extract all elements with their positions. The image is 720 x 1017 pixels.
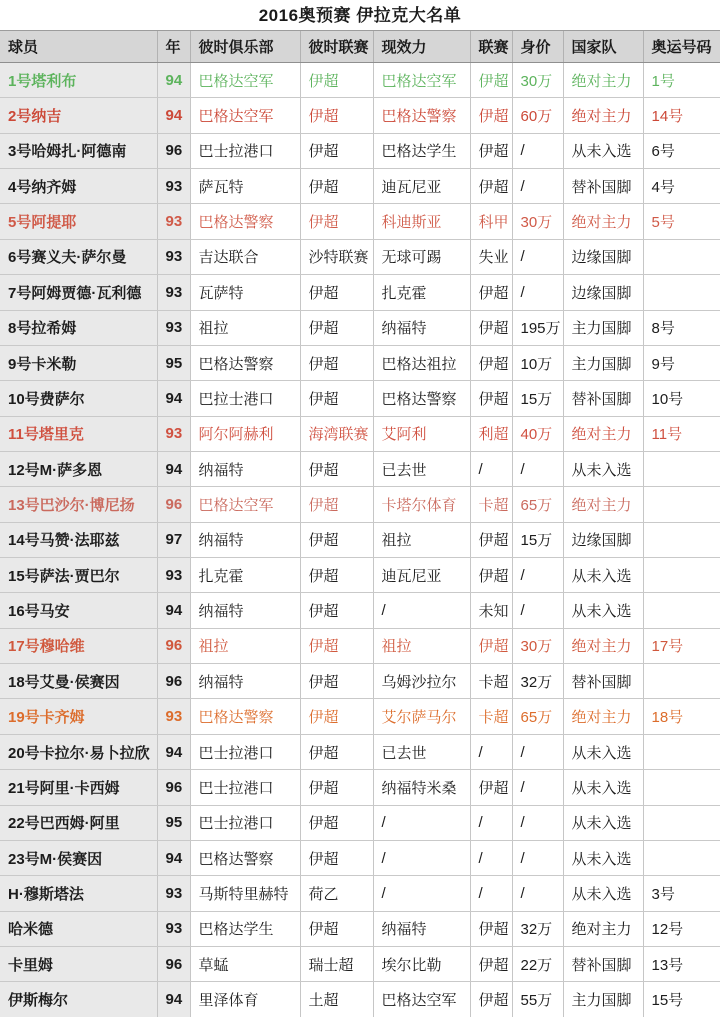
cell-value: 195万: [512, 310, 563, 345]
cell-then_league: 伊超: [300, 628, 373, 663]
cell-olympic_no: [643, 805, 720, 840]
cell-league: 伊超: [470, 946, 512, 981]
cell-value: /: [512, 451, 563, 486]
cell-player: 23号M·侯赛因: [0, 840, 157, 875]
cell-value: /: [512, 593, 563, 628]
cell-year: 96: [157, 133, 190, 168]
cell-then_club: 祖拉: [190, 628, 300, 663]
cell-player: 9号卡米勒: [0, 345, 157, 380]
cell-league: 伊超: [470, 169, 512, 204]
table-row: 14号马赞·法耶兹97纳福特伊超祖拉伊超15万边缘国脚: [0, 522, 720, 557]
cell-league: /: [470, 451, 512, 486]
cell-then_league: 伊超: [300, 805, 373, 840]
cell-value: /: [512, 169, 563, 204]
cell-national_team: 替补国脚: [563, 169, 643, 204]
cell-player: 20号卡拉尔·易卜拉欣: [0, 734, 157, 769]
cell-olympic_no: [643, 451, 720, 486]
cell-current_club: 迪瓦尼亚: [373, 558, 470, 593]
table-row: 3号哈姆扎·阿德南96巴士拉港口伊超巴格达学生伊超/从未入选6号: [0, 133, 720, 168]
cell-olympic_no: [643, 734, 720, 769]
cell-year: 95: [157, 805, 190, 840]
cell-olympic_no: 3号: [643, 876, 720, 911]
cell-year: 93: [157, 416, 190, 451]
cell-league: 失业: [470, 239, 512, 274]
column-header-current_club: 现效力: [373, 31, 470, 63]
column-header-value: 身价: [512, 31, 563, 63]
cell-player: 4号纳齐姆: [0, 169, 157, 204]
cell-player: 15号萨法·贾巴尔: [0, 558, 157, 593]
table-row: 8号拉希姆93祖拉伊超纳福特伊超195万主力国脚8号: [0, 310, 720, 345]
column-header-player: 球员: [0, 31, 157, 63]
cell-year: 94: [157, 593, 190, 628]
cell-then_league: 土超: [300, 982, 373, 1017]
cell-olympic_no: 8号: [643, 310, 720, 345]
cell-national_team: 边缘国脚: [563, 275, 643, 310]
cell-then_league: 伊超: [300, 169, 373, 204]
cell-then_league: 伊超: [300, 664, 373, 699]
cell-current_club: 迪瓦尼亚: [373, 169, 470, 204]
cell-national_team: 绝对主力: [563, 487, 643, 522]
cell-league: 伊超: [470, 381, 512, 416]
cell-year: 94: [157, 840, 190, 875]
cell-year: 94: [157, 381, 190, 416]
table-row: 16号马安94纳福特伊超/未知/从未入选: [0, 593, 720, 628]
cell-year: 95: [157, 345, 190, 380]
cell-then_league: 伊超: [300, 734, 373, 769]
cell-year: 93: [157, 558, 190, 593]
cell-national_team: 主力国脚: [563, 345, 643, 380]
cell-national_team: 边缘国脚: [563, 239, 643, 274]
table-row: 5号阿提耶93巴格达警察伊超科迪斯亚科甲30万绝对主力5号: [0, 204, 720, 239]
cell-current_club: 纳福特米桑: [373, 770, 470, 805]
cell-player: 18号艾曼·侯赛因: [0, 664, 157, 699]
cell-player: 8号拉希姆: [0, 310, 157, 345]
cell-league: 伊超: [470, 63, 512, 98]
cell-league: 伊超: [470, 310, 512, 345]
table-header: 球员年彼时俱乐部彼时联赛现效力联赛身价国家队奥运号码: [0, 31, 720, 63]
cell-olympic_no: 18号: [643, 699, 720, 734]
cell-then_club: 纳福特: [190, 664, 300, 699]
column-header-league: 联赛: [470, 31, 512, 63]
cell-olympic_no: [643, 239, 720, 274]
cell-value: 30万: [512, 628, 563, 663]
table-row: 12号M·萨多恩94纳福特伊超已去世//从未入选: [0, 451, 720, 486]
cell-league: 伊超: [470, 982, 512, 1017]
cell-national_team: 绝对主力: [563, 204, 643, 239]
column-header-then_club: 彼时俱乐部: [190, 31, 300, 63]
header-row: 球员年彼时俱乐部彼时联赛现效力联赛身价国家队奥运号码: [0, 31, 720, 63]
cell-player: 1号塔利布: [0, 63, 157, 98]
cell-olympic_no: 1号: [643, 63, 720, 98]
cell-national_team: 绝对主力: [563, 416, 643, 451]
cell-then_club: 巴士拉港口: [190, 805, 300, 840]
cell-year: 97: [157, 522, 190, 557]
table-row: 13号巴沙尔·博尼扬96巴格达空军伊超卡塔尔体育卡超65万绝对主力: [0, 487, 720, 522]
cell-national_team: 绝对主力: [563, 699, 643, 734]
cell-league: 利超: [470, 416, 512, 451]
cell-value: 60万: [512, 98, 563, 133]
cell-current_club: 扎克霍: [373, 275, 470, 310]
table-row: 1号塔利布94巴格达空军伊超巴格达空军伊超30万绝对主力1号: [0, 63, 720, 98]
table-row: 20号卡拉尔·易卜拉欣94巴士拉港口伊超已去世//从未入选: [0, 734, 720, 769]
cell-player: 3号哈姆扎·阿德南: [0, 133, 157, 168]
cell-then_club: 纳福特: [190, 593, 300, 628]
cell-value: 32万: [512, 911, 563, 946]
cell-current_club: 已去世: [373, 734, 470, 769]
cell-value: 22万: [512, 946, 563, 981]
cell-then_club: 阿尔阿赫利: [190, 416, 300, 451]
cell-then_league: 伊超: [300, 699, 373, 734]
cell-player: 11号塔里克: [0, 416, 157, 451]
cell-year: 93: [157, 204, 190, 239]
cell-then_league: 伊超: [300, 522, 373, 557]
cell-value: /: [512, 734, 563, 769]
table-row: 21号阿里·卡西姆96巴士拉港口伊超纳福特米桑伊超/从未入选: [0, 770, 720, 805]
cell-then_club: 巴士拉港口: [190, 734, 300, 769]
cell-current_club: 祖拉: [373, 522, 470, 557]
cell-then_club: 扎克霍: [190, 558, 300, 593]
cell-then_club: 草蜢: [190, 946, 300, 981]
cell-value: 30万: [512, 204, 563, 239]
cell-value: /: [512, 239, 563, 274]
cell-then_league: 伊超: [300, 451, 373, 486]
cell-then_league: 伊超: [300, 381, 373, 416]
cell-current_club: /: [373, 805, 470, 840]
cell-then_league: 海湾联赛: [300, 416, 373, 451]
cell-national_team: 从未入选: [563, 770, 643, 805]
cell-then_club: 马斯特里赫特: [190, 876, 300, 911]
cell-national_team: 绝对主力: [563, 63, 643, 98]
cell-value: /: [512, 840, 563, 875]
page-title: 2016奥预赛 伊拉克大名单: [0, 0, 720, 30]
cell-then_league: 伊超: [300, 275, 373, 310]
cell-national_team: 主力国脚: [563, 982, 643, 1017]
cell-then_club: 巴拉士港口: [190, 381, 300, 416]
cell-current_club: /: [373, 840, 470, 875]
table-row: 17号穆哈维96祖拉伊超祖拉伊超30万绝对主力17号: [0, 628, 720, 663]
cell-value: 15万: [512, 381, 563, 416]
cell-league: /: [470, 840, 512, 875]
cell-national_team: 替补国脚: [563, 381, 643, 416]
cell-league: 伊超: [470, 345, 512, 380]
cell-value: 65万: [512, 699, 563, 734]
table-row: 卡里姆96草蜢瑞士超埃尔比勒伊超22万替补国脚13号: [0, 946, 720, 981]
cell-player: 6号赛义夫·萨尔曼: [0, 239, 157, 274]
roster-table: 球员年彼时俱乐部彼时联赛现效力联赛身价国家队奥运号码 1号塔利布94巴格达空军伊…: [0, 30, 720, 1017]
cell-current_club: 埃尔比勒: [373, 946, 470, 981]
cell-current_club: 祖拉: [373, 628, 470, 663]
table-row: 哈米德93巴格达学生伊超纳福特伊超32万绝对主力12号: [0, 911, 720, 946]
cell-then_club: 巴格达学生: [190, 911, 300, 946]
cell-olympic_no: [643, 487, 720, 522]
cell-national_team: 从未入选: [563, 734, 643, 769]
cell-olympic_no: [643, 593, 720, 628]
cell-league: 伊超: [470, 628, 512, 663]
cell-league: /: [470, 876, 512, 911]
cell-olympic_no: 13号: [643, 946, 720, 981]
cell-player: 10号费萨尔: [0, 381, 157, 416]
cell-national_team: 替补国脚: [563, 664, 643, 699]
cell-national_team: 从未入选: [563, 840, 643, 875]
cell-league: 伊超: [470, 770, 512, 805]
cell-then_club: 吉达联合: [190, 239, 300, 274]
cell-national_team: 主力国脚: [563, 310, 643, 345]
cell-year: 93: [157, 239, 190, 274]
cell-value: 40万: [512, 416, 563, 451]
cell-national_team: 绝对主力: [563, 98, 643, 133]
cell-player: 14号马赞·法耶兹: [0, 522, 157, 557]
cell-league: 伊超: [470, 133, 512, 168]
cell-current_club: 卡塔尔体育: [373, 487, 470, 522]
cell-olympic_no: 14号: [643, 98, 720, 133]
cell-player: 21号阿里·卡西姆: [0, 770, 157, 805]
cell-year: 93: [157, 911, 190, 946]
column-header-olympic_no: 奥运号码: [643, 31, 720, 63]
cell-current_club: 纳福特: [373, 911, 470, 946]
cell-value: /: [512, 876, 563, 911]
cell-current_club: 艾阿利: [373, 416, 470, 451]
cell-league: 伊超: [470, 911, 512, 946]
cell-player: 2号纳吉: [0, 98, 157, 133]
cell-year: 93: [157, 310, 190, 345]
cell-league: 伊超: [470, 522, 512, 557]
cell-current_club: 巴格达警察: [373, 98, 470, 133]
cell-current_club: 巴格达祖拉: [373, 345, 470, 380]
cell-year: 96: [157, 946, 190, 981]
cell-value: 30万: [512, 63, 563, 98]
cell-then_club: 巴士拉港口: [190, 770, 300, 805]
cell-then_league: 伊超: [300, 558, 373, 593]
cell-then_club: 萨瓦特: [190, 169, 300, 204]
cell-player: 哈米德: [0, 911, 157, 946]
cell-then_league: 伊超: [300, 63, 373, 98]
cell-current_club: /: [373, 876, 470, 911]
cell-olympic_no: 17号: [643, 628, 720, 663]
table-row: 伊斯梅尔94里泽体育土超巴格达空军伊超55万主力国脚15号: [0, 982, 720, 1017]
cell-olympic_no: [643, 522, 720, 557]
cell-current_club: 巴格达学生: [373, 133, 470, 168]
cell-player: 16号马安: [0, 593, 157, 628]
cell-league: 伊超: [470, 275, 512, 310]
cell-then_club: 巴士拉港口: [190, 133, 300, 168]
cell-national_team: 从未入选: [563, 805, 643, 840]
cell-value: /: [512, 805, 563, 840]
cell-league: 伊超: [470, 98, 512, 133]
cell-year: 93: [157, 275, 190, 310]
table-row: H·穆斯塔法93马斯特里赫特荷乙///从未入选3号: [0, 876, 720, 911]
cell-player: 19号卡齐姆: [0, 699, 157, 734]
cell-value: 55万: [512, 982, 563, 1017]
cell-current_club: 巴格达空军: [373, 982, 470, 1017]
cell-then_club: 巴格达警察: [190, 204, 300, 239]
cell-league: 卡超: [470, 487, 512, 522]
cell-then_league: 伊超: [300, 911, 373, 946]
cell-then_league: 伊超: [300, 98, 373, 133]
cell-then_club: 巴格达警察: [190, 699, 300, 734]
cell-olympic_no: 11号: [643, 416, 720, 451]
table-row: 23号M·侯赛因94巴格达警察伊超///从未入选: [0, 840, 720, 875]
cell-national_team: 边缘国脚: [563, 522, 643, 557]
cell-then_league: 伊超: [300, 487, 373, 522]
cell-year: 94: [157, 734, 190, 769]
cell-then_league: 伊超: [300, 310, 373, 345]
cell-league: 卡超: [470, 699, 512, 734]
cell-current_club: 巴格达空军: [373, 63, 470, 98]
cell-olympic_no: [643, 840, 720, 875]
cell-year: 93: [157, 169, 190, 204]
cell-year: 96: [157, 664, 190, 699]
cell-value: /: [512, 275, 563, 310]
cell-then_league: 瑞士超: [300, 946, 373, 981]
cell-olympic_no: 15号: [643, 982, 720, 1017]
cell-league: 伊超: [470, 558, 512, 593]
cell-value: /: [512, 133, 563, 168]
cell-then_club: 巴格达空军: [190, 63, 300, 98]
cell-national_team: 从未入选: [563, 451, 643, 486]
cell-year: 93: [157, 876, 190, 911]
cell-year: 96: [157, 487, 190, 522]
table-row: 11号塔里克93阿尔阿赫利海湾联赛艾阿利利超40万绝对主力11号: [0, 416, 720, 451]
cell-olympic_no: 10号: [643, 381, 720, 416]
cell-league: 卡超: [470, 664, 512, 699]
cell-year: 94: [157, 982, 190, 1017]
table-row: 9号卡米勒95巴格达警察伊超巴格达祖拉伊超10万主力国脚9号: [0, 345, 720, 380]
table-row: 4号纳齐姆93萨瓦特伊超迪瓦尼亚伊超/替补国脚4号: [0, 169, 720, 204]
cell-then_league: 伊超: [300, 593, 373, 628]
table-row: 18号艾曼·侯赛因96纳福特伊超乌姆沙拉尔卡超32万替补国脚: [0, 664, 720, 699]
cell-olympic_no: [643, 275, 720, 310]
table-body: 1号塔利布94巴格达空军伊超巴格达空军伊超30万绝对主力1号2号纳吉94巴格达空…: [0, 63, 720, 1017]
cell-player: 5号阿提耶: [0, 204, 157, 239]
cell-national_team: 绝对主力: [563, 911, 643, 946]
cell-value: /: [512, 770, 563, 805]
cell-league: 未知: [470, 593, 512, 628]
cell-year: 93: [157, 699, 190, 734]
cell-player: 17号穆哈维: [0, 628, 157, 663]
cell-national_team: 从未入选: [563, 558, 643, 593]
cell-year: 96: [157, 770, 190, 805]
cell-current_club: 已去世: [373, 451, 470, 486]
cell-olympic_no: [643, 664, 720, 699]
cell-year: 94: [157, 98, 190, 133]
cell-then_club: 巴格达警察: [190, 345, 300, 380]
column-header-year: 年: [157, 31, 190, 63]
cell-national_team: 替补国脚: [563, 946, 643, 981]
cell-national_team: 从未入选: [563, 876, 643, 911]
cell-player: 卡里姆: [0, 946, 157, 981]
cell-current_club: /: [373, 593, 470, 628]
cell-olympic_no: 6号: [643, 133, 720, 168]
cell-then_club: 里泽体育: [190, 982, 300, 1017]
cell-then_league: 沙特联赛: [300, 239, 373, 274]
table-row: 7号阿姆贾德·瓦利德93瓦萨特伊超扎克霍伊超/边缘国脚: [0, 275, 720, 310]
cell-current_club: 巴格达警察: [373, 381, 470, 416]
cell-value: 65万: [512, 487, 563, 522]
cell-year: 94: [157, 63, 190, 98]
cell-current_club: 纳福特: [373, 310, 470, 345]
cell-value: /: [512, 558, 563, 593]
cell-olympic_no: 4号: [643, 169, 720, 204]
table-row: 22号巴西姆·阿里95巴士拉港口伊超///从未入选: [0, 805, 720, 840]
cell-league: /: [470, 805, 512, 840]
cell-value: 32万: [512, 664, 563, 699]
cell-then_club: 纳福特: [190, 451, 300, 486]
cell-player: 13号巴沙尔·博尼扬: [0, 487, 157, 522]
table-row: 15号萨法·贾巴尔93扎克霍伊超迪瓦尼亚伊超/从未入选: [0, 558, 720, 593]
cell-then_league: 伊超: [300, 840, 373, 875]
cell-player: H·穆斯塔法: [0, 876, 157, 911]
cell-then_club: 巴格达警察: [190, 840, 300, 875]
cell-value: 15万: [512, 522, 563, 557]
cell-then_league: 伊超: [300, 345, 373, 380]
cell-current_club: 艾尔萨马尔: [373, 699, 470, 734]
cell-olympic_no: [643, 558, 720, 593]
cell-olympic_no: [643, 770, 720, 805]
cell-then_league: 伊超: [300, 133, 373, 168]
cell-then_league: 荷乙: [300, 876, 373, 911]
cell-then_club: 巴格达空军: [190, 98, 300, 133]
cell-player: 12号M·萨多恩: [0, 451, 157, 486]
cell-olympic_no: 9号: [643, 345, 720, 380]
cell-national_team: 绝对主力: [563, 628, 643, 663]
cell-national_team: 从未入选: [563, 133, 643, 168]
cell-then_league: 伊超: [300, 770, 373, 805]
cell-current_club: 乌姆沙拉尔: [373, 664, 470, 699]
cell-current_club: 科迪斯亚: [373, 204, 470, 239]
cell-then_club: 祖拉: [190, 310, 300, 345]
table-row: 6号赛义夫·萨尔曼93吉达联合沙特联赛无球可踢失业/边缘国脚: [0, 239, 720, 274]
column-header-then_league: 彼时联赛: [300, 31, 373, 63]
table-row: 2号纳吉94巴格达空军伊超巴格达警察伊超60万绝对主力14号: [0, 98, 720, 133]
cell-value: 10万: [512, 345, 563, 380]
table-row: 19号卡齐姆93巴格达警察伊超艾尔萨马尔卡超65万绝对主力18号: [0, 699, 720, 734]
cell-national_team: 从未入选: [563, 593, 643, 628]
cell-olympic_no: 12号: [643, 911, 720, 946]
cell-year: 96: [157, 628, 190, 663]
column-header-national_team: 国家队: [563, 31, 643, 63]
cell-then_club: 瓦萨特: [190, 275, 300, 310]
cell-olympic_no: 5号: [643, 204, 720, 239]
cell-player: 7号阿姆贾德·瓦利德: [0, 275, 157, 310]
cell-player: 22号巴西姆·阿里: [0, 805, 157, 840]
cell-year: 94: [157, 451, 190, 486]
cell-current_club: 无球可踢: [373, 239, 470, 274]
cell-player: 伊斯梅尔: [0, 982, 157, 1017]
table-row: 10号费萨尔94巴拉士港口伊超巴格达警察伊超15万替补国脚10号: [0, 381, 720, 416]
cell-league: /: [470, 734, 512, 769]
cell-then_club: 巴格达空军: [190, 487, 300, 522]
cell-then_club: 纳福特: [190, 522, 300, 557]
cell-then_league: 伊超: [300, 204, 373, 239]
cell-league: 科甲: [470, 204, 512, 239]
